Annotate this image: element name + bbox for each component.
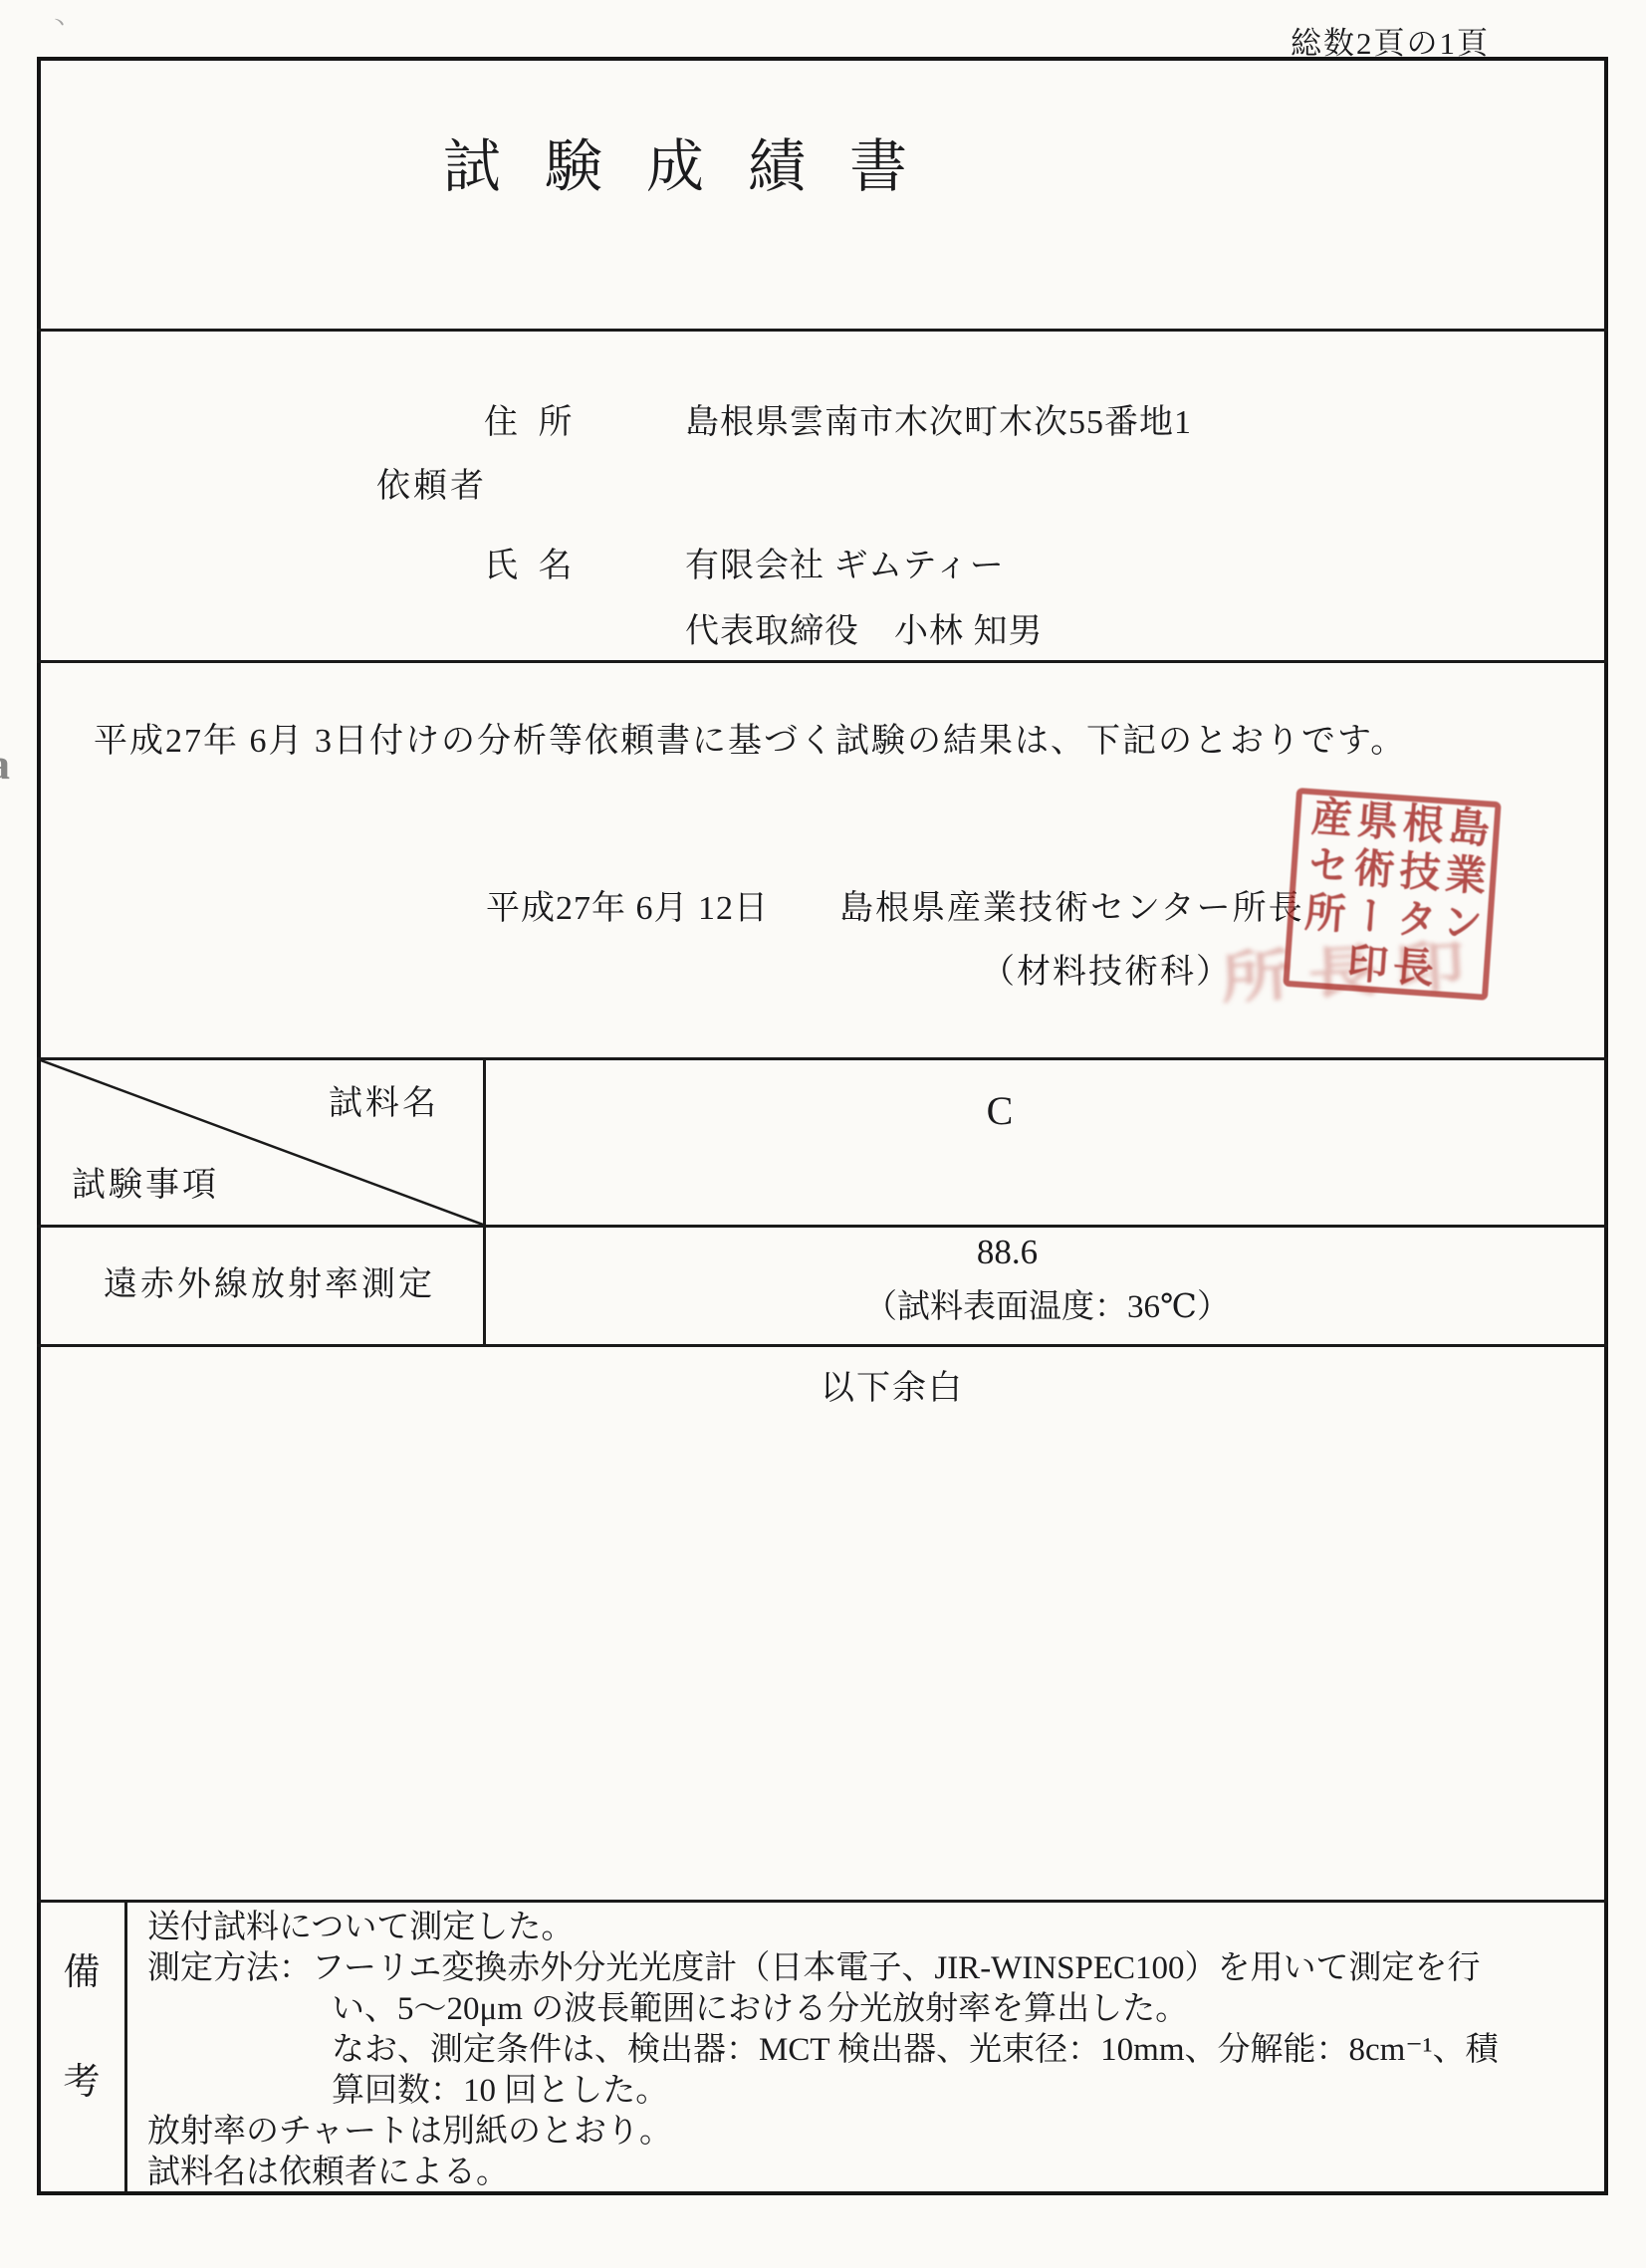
sample-name-value: C bbox=[486, 1087, 1608, 1134]
remarks-line: なお、測定条件は、検出器：MCT 検出器、光束径：10mm、分解能：8cm⁻¹、… bbox=[332, 2030, 1591, 2071]
department-note: （材料技術科） bbox=[981, 944, 1232, 993]
company-name: 有限会社 ギムティー bbox=[685, 538, 1005, 586]
remarks-line: 試料名は依頼者による。 bbox=[147, 2153, 1591, 2193]
test-item-header-label: 試験事項 bbox=[72, 1157, 219, 1206]
measurement-condition-note: （試料表面温度：36℃） bbox=[486, 1280, 1608, 1327]
remarks-line: 測定方法：フーリエ変換赤外分光光度計（日本電子、JIR-WINSPEC100）を… bbox=[147, 1948, 1591, 1989]
issue-date: 平成27年 6月 12日 bbox=[486, 880, 769, 929]
document-title: 試験成績書 bbox=[443, 119, 951, 203]
remarks-line: い、5～20μm の波長範囲における分光放射率を算出した。 bbox=[332, 1989, 1591, 2030]
remarks-line: 放射率のチャートは別紙のとおり。 bbox=[147, 2112, 1591, 2153]
remarks-line: 送付試料について測定した。 bbox=[147, 1908, 1591, 1948]
requester-label: 依頼者 bbox=[376, 458, 487, 507]
sample-name-header-label: 試料名 bbox=[329, 1075, 439, 1124]
remarks-label-top: 備 bbox=[58, 1941, 106, 1995]
blank-space-note: 以下余白 bbox=[107, 1360, 1646, 1409]
remarks-column-divider bbox=[124, 1900, 127, 2191]
address-label: 住 所 bbox=[484, 394, 579, 443]
table-border bbox=[37, 1900, 1608, 1903]
table-border bbox=[37, 1344, 1608, 1347]
name-label: 氏 名 bbox=[484, 538, 579, 586]
remarks-text-block: 送付試料について測定した。 測定方法：フーリエ変換赤外分光光度計（日本電子、JI… bbox=[147, 1908, 1591, 2193]
scanned-document-page: ヽ a 総数2頁の1頁 試験成績書 住 所 島根県雲南市木次町木次55番地1 依… bbox=[0, 0, 1646, 2268]
remarks-label-bottom: 考 bbox=[58, 2051, 106, 2105]
scan-artifact: a bbox=[0, 739, 10, 790]
representative-name: 代表取締役 小林 知男 bbox=[685, 603, 1044, 652]
measurement-value: 88.6 bbox=[486, 1233, 1608, 1272]
remarks-line: 算回数：10 回とした。 bbox=[332, 2071, 1591, 2112]
scan-artifact: ヽ bbox=[44, 4, 73, 40]
table-border bbox=[37, 1225, 1608, 1228]
issuer-title: 島根県産業技術センター所長 bbox=[839, 880, 1304, 929]
section-divider bbox=[37, 660, 1608, 663]
test-item-name: 遠赤外線放射率測定 bbox=[104, 1256, 435, 1305]
address-value: 島根県雲南市木次町木次55番地1 bbox=[685, 394, 1192, 443]
section-divider bbox=[37, 329, 1608, 332]
statement-text: 平成27年 6月 3日付けの分析等依頼書に基づく試験の結果は、下記のとおりです。 bbox=[94, 713, 1406, 762]
